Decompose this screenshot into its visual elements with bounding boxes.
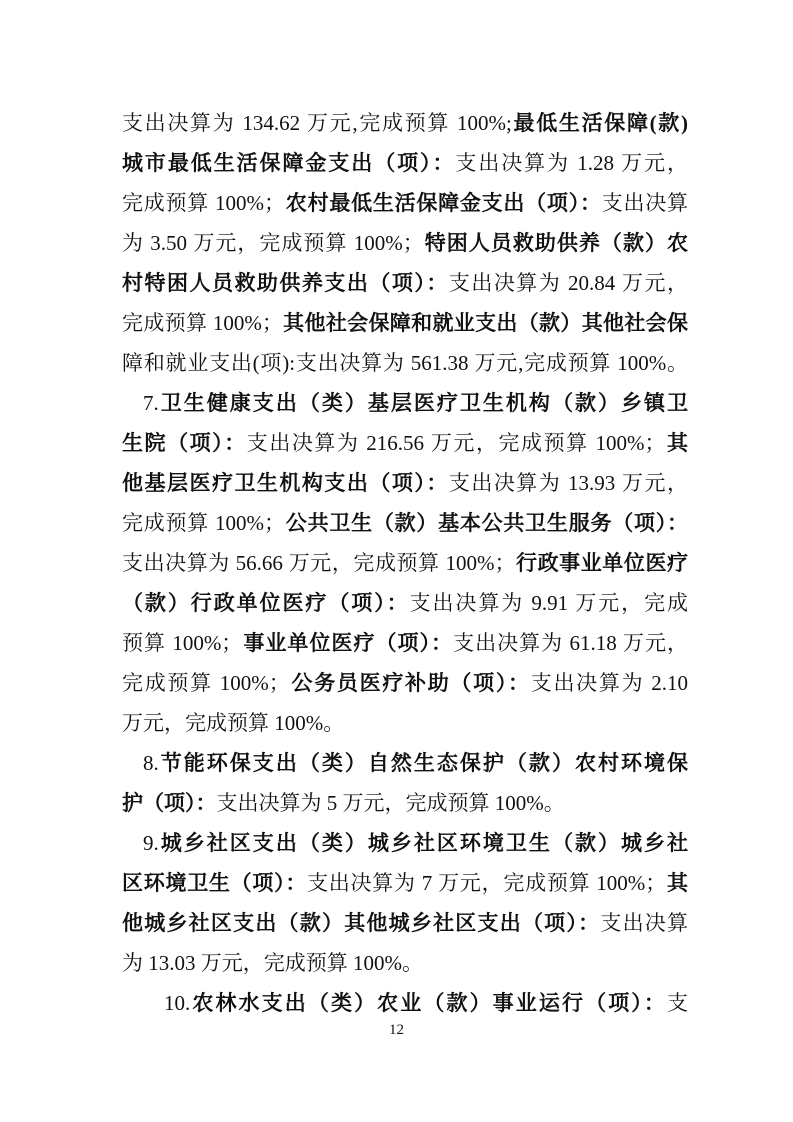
document-page: 支出决算为 134.62 万元,完成预算 100%;最低生活保障(款)城市最低生… [0,0,793,1122]
body-text-segment: 支出决算 [600,911,688,935]
text-line: （款）行政单位医疗（项）：支出决算为 9.91 万元，完成 [122,583,688,623]
body-text-segment: 支出决算为 7 万元，完成预算 100%； [307,871,666,895]
text-line: 7.卫生健康支出（类）基层医疗卫生机构（款）乡镇卫 [122,383,688,423]
body-text-segment: 完成预算 100%； [122,191,285,215]
budget-item-name: 城乡社区支出（类）城乡社区环境卫生（款）城乡社 [159,831,688,855]
budget-item-name: 他城乡社区支出（款）其他城乡社区支出（项）： [122,911,600,935]
text-line: 支出决算为 134.62 万元,完成预算 100%;最低生活保障(款) [122,103,688,143]
body-text-segment: 9. [143,831,159,855]
budget-item-name: 护（项）： [122,791,217,815]
text-line: 为 13.03 万元，完成预算 100%。 [122,943,688,983]
budget-item-name: 农村最低生活保障金支出（项）： [285,191,602,215]
budget-item-name: 公共卫生（款）基本公共卫生服务（项）： [285,511,688,535]
text-line: 预算 100%；事业单位医疗（项）：支出决算为 61.18 万元， [122,623,688,663]
text-line: 完成预算 100%；公务员医疗补助（项）：支出决算为 2.10 [122,663,688,703]
text-line: 城市最低生活保障金支出（项）：支出决算为 1.28 万元， [122,143,688,183]
budget-item-name: 卫生健康支出（类）基层医疗卫生机构（款）乡镇卫 [159,391,688,415]
body-text-segment: 10. [164,991,190,1015]
body-text-segment: 完成预算 100%； [122,311,283,335]
text-line: 完成预算 100%；农村最低生活保障金支出（项）：支出决算 [122,183,688,223]
text-line: 支出决算为 56.66 万元，完成预算 100%；行政事业单位医疗 [122,543,688,583]
text-line: 生院（项）：支出决算为 216.56 万元，完成预算 100%；其 [122,423,688,463]
text-line: 10.农林水支出（类）农业（款）事业运行（项）：支 [122,983,688,1023]
budget-item-name: 其他社会保障和就业支出（款）其他社会保 [283,311,688,335]
budget-item-name: 城市最低生活保障金支出（项）： [122,151,455,175]
budget-item-name: 行政事业单位医疗 [515,551,688,575]
body-text-segment: 完成预算 100%； [122,511,285,535]
body-text-segment: 支 [667,991,688,1015]
body-text-segment: 支出决算为 61.18 万元， [453,631,688,655]
text-line: 村特困人员救助供养支出（项）：支出决算为 20.84 万元， [122,263,688,303]
text-line: 9.城乡社区支出（类）城乡社区环境卫生（款）城乡社 [122,823,688,863]
budget-item-name: 最低生活保障(款) [512,111,688,135]
budget-item-name: 农林水支出（类）农业（款）事业运行（项）： [190,991,667,1015]
text-line: 完成预算 100%；其他社会保障和就业支出（款）其他社会保 [122,303,688,343]
body-text: 支出决算为 134.62 万元,完成预算 100%;最低生活保障(款)城市最低生… [122,103,688,1023]
body-text-segment: 障和就业支出(项):支出决算为 561.38 万元,完成预算 100%。 [122,351,688,375]
text-line: 完成预算 100%；公共卫生（款）基本公共卫生服务（项）： [122,503,688,543]
body-text-segment: 完成预算 100%； [122,671,290,695]
budget-item-name: 事业单位医疗（项）： [242,631,453,655]
body-text-segment: 支出决算为 9.91 万元，完成 [410,591,688,615]
budget-item-name: 生院（项）： [122,431,247,455]
text-line: 护（项）：支出决算为 5 万元，完成预算 100%。 [122,783,688,823]
body-text-segment: 7. [143,391,159,415]
body-text-segment: 万元，完成预算 100%。 [122,711,344,735]
body-text-segment: 预算 100%； [122,631,242,655]
budget-item-name: （款）行政单位医疗（项）： [122,591,410,615]
body-text-segment: 支出决算为 1.28 万元， [455,151,688,175]
body-text-segment: 支出决算 [602,191,688,215]
body-text-segment: 支出决算为 2.10 [531,671,688,695]
budget-item-name: 区环境卫生（项）： [122,871,307,895]
budget-item-name: 公务员医疗补助（项）： [290,671,531,695]
budget-item-name: 他基层医疗卫生机构支出（项）： [122,471,449,495]
text-line: 区环境卫生（项）：支出决算为 7 万元，完成预算 100%；其 [122,863,688,903]
body-text-segment: 为 3.50 万元，完成预算 100%； [122,231,424,255]
budget-item-name: 特困人员救助供养（款）农 [424,231,688,255]
body-text-segment: 8. [143,751,159,775]
budget-item-name: 村特困人员救助供养支出（项）： [122,271,449,295]
body-text-segment: 支出决算为 56.66 万元，完成预算 100%； [122,551,515,575]
text-line: 他城乡社区支出（款）其他城乡社区支出（项）：支出决算 [122,903,688,943]
text-line: 万元，完成预算 100%。 [122,703,688,743]
body-text-segment: 为 13.03 万元，完成预算 100%。 [122,951,423,975]
body-text-segment: 支出决算为 20.84 万元， [449,271,688,295]
budget-item-name: 其 [666,871,688,895]
body-text-segment: 支出决算为 216.56 万元，完成预算 100%； [247,431,666,455]
body-text-segment: 支出决算为 134.62 万元,完成预算 100%; [122,111,512,135]
budget-item-name: 节能环保支出（类）自然生态保护（款）农村环境保 [159,751,688,775]
body-text-segment: 支出决算为 5 万元，完成预算 100%。 [217,791,565,815]
body-text-segment: 支出决算为 13.93 万元， [449,471,688,495]
text-line: 8.节能环保支出（类）自然生态保护（款）农村环境保 [122,743,688,783]
budget-item-name: 其 [665,431,688,455]
text-line: 他基层医疗卫生机构支出（项）：支出决算为 13.93 万元， [122,463,688,503]
text-line: 障和就业支出(项):支出决算为 561.38 万元,完成预算 100%。 [122,343,688,383]
page-number: 12 [0,1022,793,1039]
text-line: 为 3.50 万元，完成预算 100%；特困人员救助供养（款）农 [122,223,688,263]
